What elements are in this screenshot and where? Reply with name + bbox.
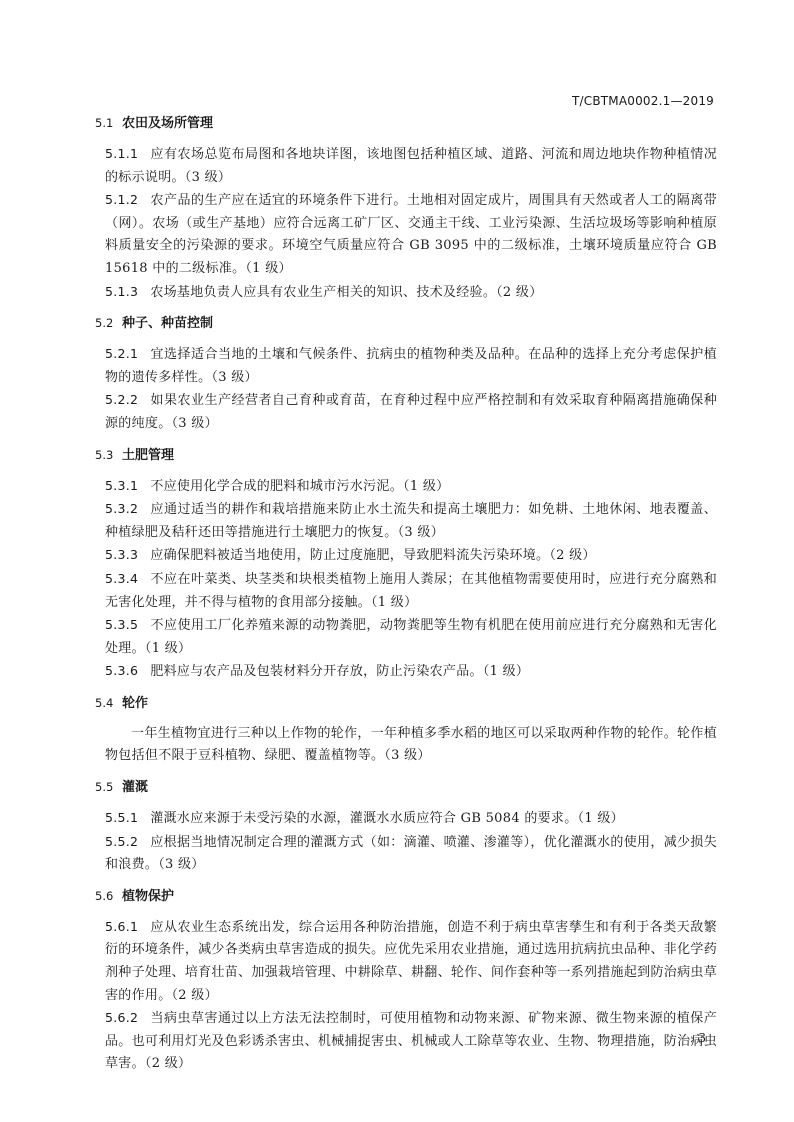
clause-text: 灌溉水应来源于未受污染的水源，灌溉水水质应符合 GB 5084 的要求。（1 级… [150, 811, 624, 826]
clause-text: 应从农业生态系统出发，综合运用各种防治措施，创造不利于病虫草害孳生和有利于各类天… [105, 920, 717, 1003]
clause-text: 应根据当地情况制定合理的灌溉方式（如：滴灌、喷灌、渗灌等），优化灌溉水的使用，减… [105, 835, 717, 873]
clause: 5.5.1灌溉水应来源于未受污染的水源，灌溉水水质应符合 GB 5084 的要求… [95, 807, 717, 831]
clause: 5.2.1宜选择适合当地的土壤和气候条件、抗病虫的植物种类及品种。在品种的选择上… [95, 343, 717, 389]
clause: 5.1.2农产品的生产应在适宜的环境条件下进行。土地相对固定成片，周围具有天然或… [95, 189, 717, 280]
clause-number: 5.2.2 [105, 392, 138, 407]
document-code: T/CBTMA0002.1—2019 [572, 94, 714, 108]
document-body: 5.1农田及场所管理 5.1.1应有农场总览布局图和各地块详图，该地图包括种植区… [95, 112, 717, 1084]
section-number: 5.2 [95, 312, 122, 334]
clause-number: 5.1.3 [105, 284, 138, 299]
clause-number: 5.5.1 [105, 810, 138, 825]
clause-text: 如果农业生产经营者自己育种或育苗，在育种过程中应严格控制和有效采取育种隔离措施确… [105, 393, 717, 431]
section-number: 5.1 [95, 112, 122, 134]
clause: 5.6.2当病虫草害通过以上方法无法控制时，可使用植物和动物来源、矿物来源、微生… [95, 1007, 717, 1076]
section-heading: 5.6植物保护 [95, 885, 717, 907]
clause-number: 5.5.2 [105, 834, 138, 849]
clause-number: 5.6.1 [105, 919, 138, 934]
clause-number: 5.3.5 [105, 617, 138, 632]
section-number: 5.6 [95, 885, 122, 907]
clause: 5.3.4不应在叶菜类、块茎类和块根类植物上施用人粪尿；在其他植物需要使用时，应… [95, 568, 717, 614]
paragraph: 一年生植物宜进行三种以上作物的轮作，一年种植多季水稻的地区可以采取两种作物的轮作… [95, 723, 717, 768]
page-number: 3 [698, 1031, 706, 1045]
clause-text: 农产品的生产应在适宜的环境条件下进行。土地相对固定成片，周围具有天然或者人工的隔… [105, 193, 717, 276]
clause-number: 5.3.4 [105, 571, 138, 586]
clause-text: 不应使用工厂化养殖来源的动物粪肥，动物粪肥等生物有机肥在使用前应进行充分腐熟和无… [105, 618, 717, 656]
clause-text: 应有农场总览布局图和各地块详图，该地图包括种植区域、道路、河流和周边地块作物种植… [105, 147, 717, 185]
clause: 5.3.3应确保肥料被适当地使用，防止过度施肥，导致肥料流失污染环境。（2 级） [95, 544, 717, 568]
section-title: 轮作 [122, 696, 148, 711]
clause: 5.1.3农场基地负责人应具有农业生产相关的知识、技术及经验。（2 级） [95, 281, 717, 305]
clause-text: 不应在叶菜类、块茎类和块根类植物上施用人粪尿；在其他植物需要使用时，应进行充分腐… [105, 572, 717, 610]
clause: 5.3.6肥料应与农产品及包装材料分开存放，防止污染农产品。（1 级） [95, 660, 717, 684]
section-5-5: 5.5灌溉 5.5.1灌溉水应来源于未受污染的水源，灌溉水水质应符合 GB 50… [95, 776, 717, 877]
section-number: 5.4 [95, 692, 122, 714]
clause-number: 5.6.2 [105, 1010, 138, 1025]
clause-number: 5.2.1 [105, 346, 138, 361]
clause-text: 农场基地负责人应具有农业生产相关的知识、技术及经验。（2 级） [150, 285, 542, 300]
section-title: 种子、种苗控制 [122, 316, 213, 331]
clause-text: 应确保肥料被适当地使用，防止过度施肥，导致肥料流失污染环境。（2 级） [150, 548, 595, 563]
section-title: 土肥管理 [122, 448, 174, 463]
section-number: 5.5 [95, 776, 122, 798]
clause: 5.1.1应有农场总览布局图和各地块详图，该地图包括种植区域、道路、河流和周边地… [95, 143, 717, 189]
clause: 5.3.2应通过适当的耕作和栽培措施来防止水土流失和提高土壤肥力：如免耕、土地休… [95, 498, 717, 544]
clause-number: 5.3.6 [105, 663, 138, 678]
section-5-6: 5.6植物保护 5.6.1应从农业生态系统出发，综合运用各种防治措施，创造不利于… [95, 885, 717, 1076]
clause-number: 5.1.2 [105, 192, 138, 207]
section-5-1: 5.1农田及场所管理 5.1.1应有农场总览布局图和各地块详图，该地图包括种植区… [95, 112, 717, 304]
section-5-4: 5.4轮作 一年生植物宜进行三种以上作物的轮作，一年种植多季水稻的地区可以采取两… [95, 692, 717, 768]
clause-number: 5.3.1 [105, 478, 138, 493]
clause: 5.3.5不应使用工厂化养殖来源的动物粪肥，动物粪肥等生物有机肥在使用前应进行充… [95, 614, 717, 660]
section-heading: 5.4轮作 [95, 692, 717, 714]
clause-text: 应通过适当的耕作和栽培措施来防止水土流失和提高土壤肥力：如免耕、土地休闲、地表覆… [105, 502, 717, 540]
clause-text: 当病虫草害通过以上方法无法控制时，可使用植物和动物来源、矿物来源、微生物来源的植… [105, 1011, 717, 1071]
clause-number: 5.3.2 [105, 501, 138, 516]
section-number: 5.3 [95, 444, 122, 466]
section-5-3: 5.3土肥管理 5.3.1不应使用化学合成的肥料和城市污水污泥。（1 级） 5.… [95, 444, 717, 684]
section-heading: 5.5灌溉 [95, 776, 717, 798]
clause: 5.3.1不应使用化学合成的肥料和城市污水污泥。（1 级） [95, 475, 717, 499]
clause: 5.5.2应根据当地情况制定合理的灌溉方式（如：滴灌、喷灌、渗灌等），优化灌溉水… [95, 831, 717, 877]
clause: 5.6.1应从农业生态系统出发，综合运用各种防治措施，创造不利于病虫草害孳生和有… [95, 916, 717, 1007]
section-title: 灌溉 [122, 780, 148, 795]
clause-text: 宜选择适合当地的土壤和气候条件、抗病虫的植物种类及品种。在品种的选择上充分考虑保… [105, 347, 717, 385]
section-title: 植物保护 [122, 889, 174, 904]
clause-number: 5.3.3 [105, 547, 138, 562]
section-heading: 5.2种子、种苗控制 [95, 312, 717, 334]
section-heading: 5.1农田及场所管理 [95, 112, 717, 134]
clause: 5.2.2如果农业生产经营者自己育种或育苗，在育种过程中应严格控制和有效采取育种… [95, 389, 717, 435]
clause-number: 5.1.1 [105, 146, 138, 161]
clause-text: 不应使用化学合成的肥料和城市污水污泥。（1 级） [150, 479, 449, 494]
clause-text: 肥料应与农产品及包装材料分开存放，防止污染农产品。（1 级） [150, 664, 529, 679]
section-title: 农田及场所管理 [122, 116, 213, 131]
section-heading: 5.3土肥管理 [95, 444, 717, 466]
section-5-2: 5.2种子、种苗控制 5.2.1宜选择适合当地的土壤和气候条件、抗病虫的植物种类… [95, 312, 717, 435]
